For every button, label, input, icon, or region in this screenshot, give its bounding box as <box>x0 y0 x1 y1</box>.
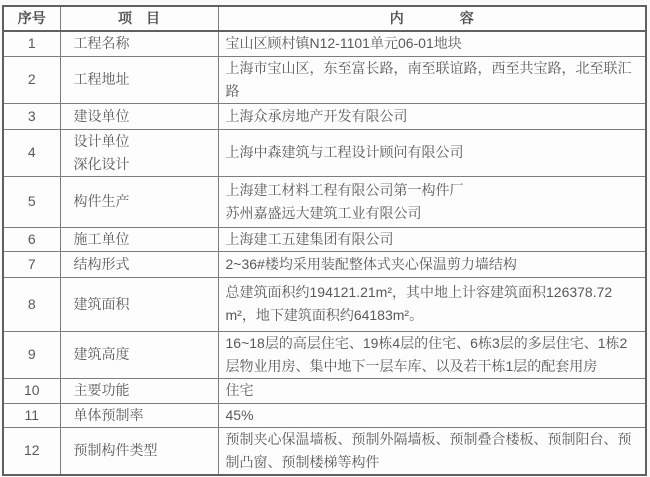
row-no: 11 <box>3 403 60 427</box>
col-header-no: 序号 <box>3 6 60 31</box>
row-no: 1 <box>3 31 60 56</box>
row-no: 7 <box>3 251 60 277</box>
table-row: 6 施工单位 上海建工五建集团有限公司 <box>3 227 646 251</box>
project-info-table: 序号 项 目 内 容 1 工程名称 宝山区顾村镇N12-1101单元06-01地… <box>2 5 647 476</box>
row-no: 2 <box>3 56 60 103</box>
header-row: 序号 项 目 内 容 <box>3 6 646 31</box>
row-item: 施工单位 <box>60 227 218 251</box>
row-content: 2~36#楼均采用装配整体式夹心保温剪力墙结构 <box>218 251 646 277</box>
table-row: 3 建设单位 上海众承房地产开发有限公司 <box>3 103 646 129</box>
row-item: 构件生产 <box>60 176 218 227</box>
row-content: 上海众承房地产开发有限公司 <box>218 103 646 129</box>
col-header-content: 内 容 <box>218 6 646 31</box>
row-content: 住宅 <box>218 378 646 403</box>
row-item: 结构形式 <box>60 251 218 277</box>
row-content: 总建筑面积约194121.21m²，其中地上计容建筑面积126378.72 m²… <box>218 277 646 331</box>
table-row: 12 预制构件类型 预制夹心保温墙板、预制外隔墙板、预制叠合楼板、预制阳台、预制… <box>3 427 646 475</box>
row-item: 设计单位 深化设计 <box>60 129 218 176</box>
row-content: 上海中森建筑与工程设计顾问有限公司 <box>218 129 646 176</box>
table-row: 2 工程地址 上海市宝山区，东至富长路，南至联谊路，西至共宝路，北至联汇路 <box>3 56 646 103</box>
row-item: 工程名称 <box>60 31 218 56</box>
row-item: 预制构件类型 <box>60 427 218 475</box>
row-content: 宝山区顾村镇N12-1101单元06-01地块 <box>218 31 646 56</box>
row-content: 上海建工材料工程有限公司第一构件厂 苏州嘉盛远大建筑工业有限公司 <box>218 176 646 227</box>
table-row: 1 工程名称 宝山区顾村镇N12-1101单元06-01地块 <box>3 31 646 56</box>
row-item: 建设单位 <box>60 103 218 129</box>
table-row: 9 建筑高度 16~18层的高层住宅、19栋4层的住宅、6栋3层的多层住宅、1栋… <box>3 331 646 378</box>
row-no: 4 <box>3 129 60 176</box>
row-content: 预制夹心保温墙板、预制外隔墙板、预制叠合楼板、预制阳台、预制凸窗、预制楼梯等构件 <box>218 427 646 475</box>
row-no: 10 <box>3 378 60 403</box>
table-row: 4 设计单位 深化设计 上海中森建筑与工程设计顾问有限公司 <box>3 129 646 176</box>
row-no: 3 <box>3 103 60 129</box>
row-content: 45% <box>218 403 646 427</box>
table-row: 5 构件生产 上海建工材料工程有限公司第一构件厂 苏州嘉盛远大建筑工业有限公司 <box>3 176 646 227</box>
row-content: 上海建工五建集团有限公司 <box>218 227 646 251</box>
col-header-item: 项 目 <box>60 6 218 31</box>
row-item: 建筑面积 <box>60 277 218 331</box>
table-row: 8 建筑面积 总建筑面积约194121.21m²，其中地上计容建筑面积12637… <box>3 277 646 331</box>
row-no: 6 <box>3 227 60 251</box>
row-content: 上海市宝山区，东至富长路，南至联谊路，西至共宝路，北至联汇路 <box>218 56 646 103</box>
table-row: 10 主要功能 住宅 <box>3 378 646 403</box>
row-item: 单体预制率 <box>60 403 218 427</box>
row-item: 主要功能 <box>60 378 218 403</box>
table-row: 11 单体预制率 45% <box>3 403 646 427</box>
row-no: 8 <box>3 277 60 331</box>
row-item: 建筑高度 <box>60 331 218 378</box>
row-no: 9 <box>3 331 60 378</box>
row-item: 工程地址 <box>60 56 218 103</box>
row-no: 5 <box>3 176 60 227</box>
row-no: 12 <box>3 427 60 475</box>
table-row: 7 结构形式 2~36#楼均采用装配整体式夹心保温剪力墙结构 <box>3 251 646 277</box>
row-content: 16~18层的高层住宅、19栋4层的住宅、6栋3层的多层住宅、1栋2层物业用房、… <box>218 331 646 378</box>
